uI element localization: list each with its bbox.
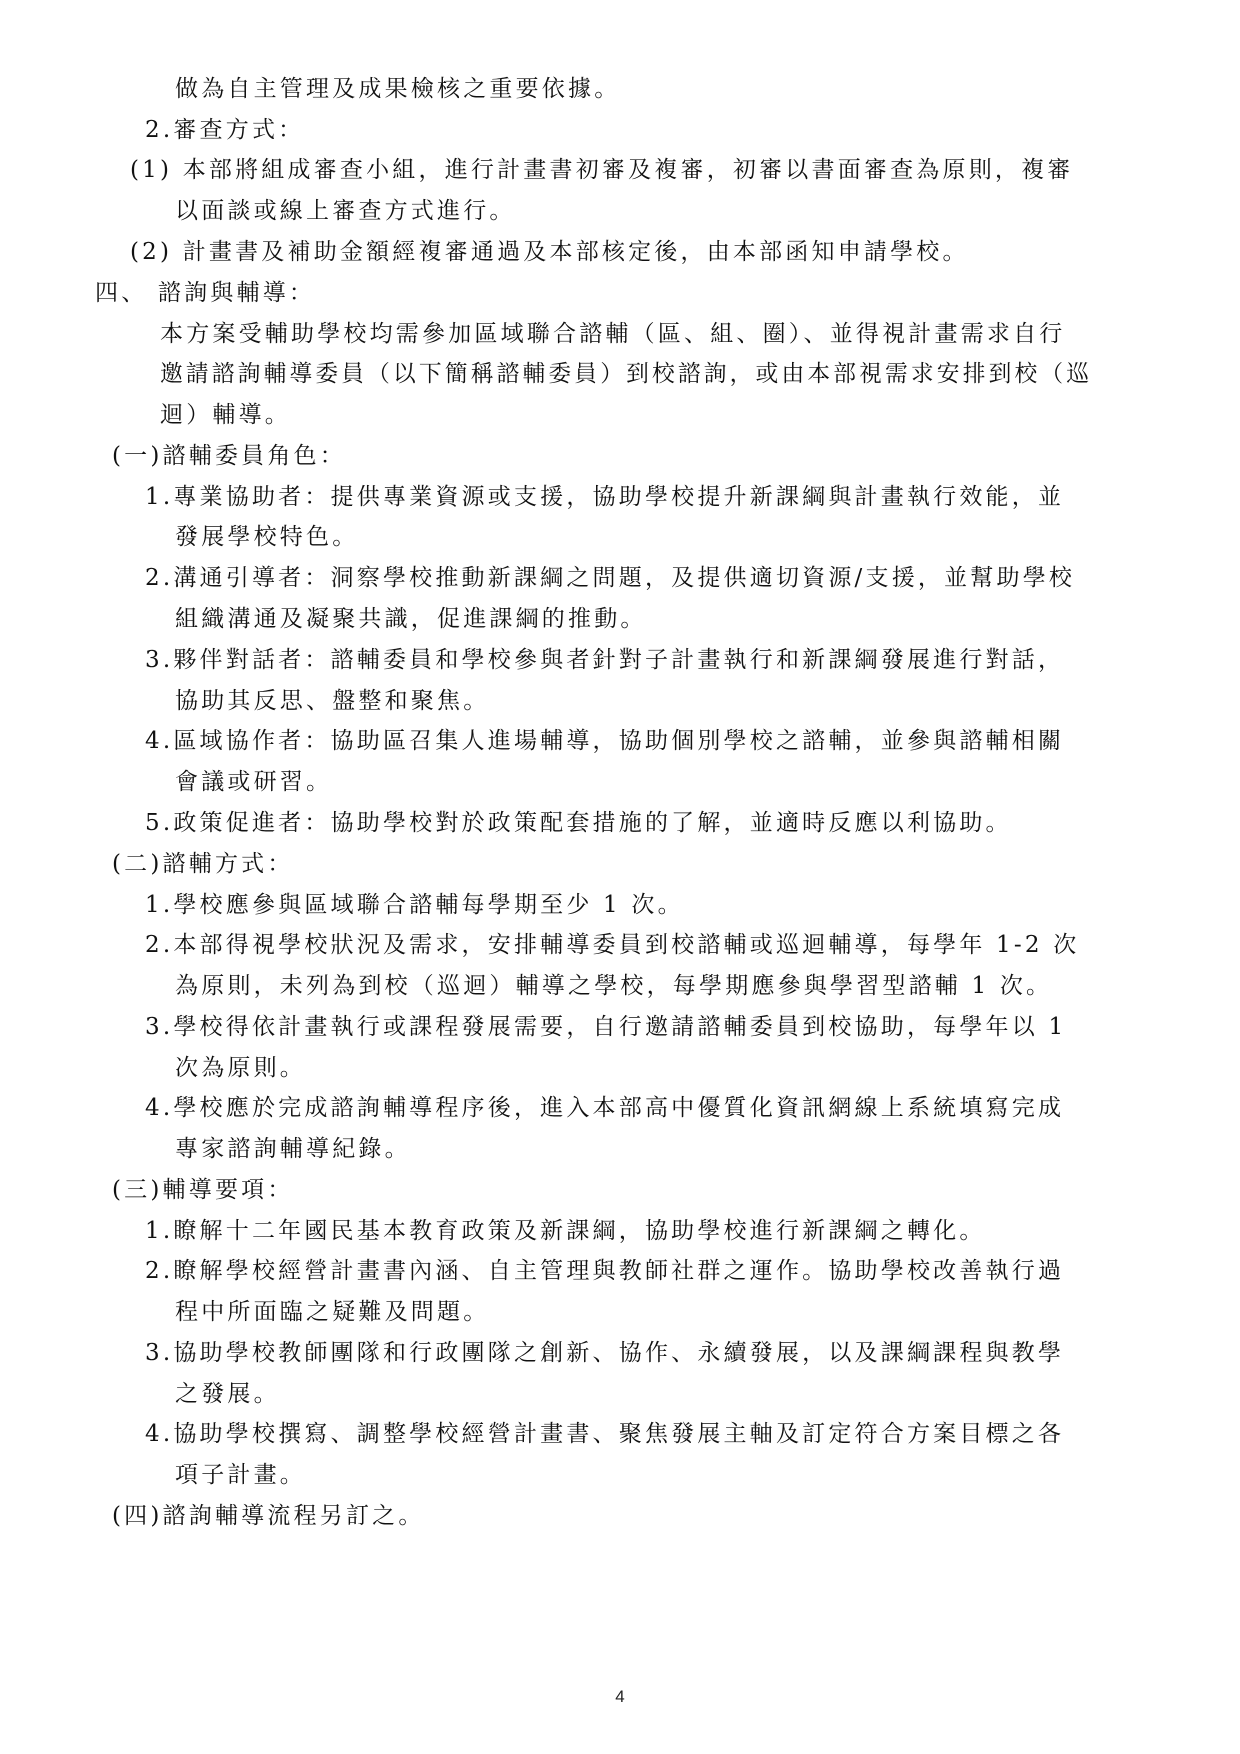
text-line: 邀請諮詢輔導委員（以下簡稱諮輔委員）到校諮詢，或由本部視需求安排到校（巡 [160, 359, 1092, 389]
text-line: 本方案受輔助學校均需參加區域聯合諮輔（區、組、圈）、並得視計畫需求自行 [160, 319, 1066, 349]
list-item: 5.政策促進者：協助學校對於政策配套措施的了解，並適時反應以利協助。 [145, 808, 1012, 838]
text-line: (2) 計畫書及補助金額經複審通過及本部核定後，由本部函知申請學校。 [130, 237, 969, 267]
list-item: 4.區域協作者：協助區召集人進場輔導，協助個別學校之諮輔，並參與諮輔相關 [145, 726, 1064, 756]
list-item: 2.溝通引導者：洞察學校推動新課綱之問題，及提供適切資源/支援，並幫助學校 [145, 563, 1075, 593]
text-line: 協助其反思、盤整和聚焦。 [175, 686, 489, 716]
text-line: 次為原則。 [175, 1053, 306, 1083]
list-item: 3.學校得依計畫執行或課程發展需要，自行邀請諮輔委員到校協助，每學年以 1 [145, 1012, 1066, 1042]
text-line: 發展學校特色。 [175, 522, 358, 552]
subsection-heading-review-method: 2.審查方式： [145, 115, 304, 145]
text-line: 項子計畫。 [175, 1460, 306, 1490]
text-line: 為原則，未列為到校（巡迴）輔導之學校，每學期應參與學習型諮輔 1 次。 [175, 971, 1052, 1001]
subsection-heading-roles: (一)諮輔委員角色： [112, 441, 346, 471]
list-item: 3.夥伴對話者：諮輔委員和學校參與者針對子計畫執行和新課綱發展進行對話， [145, 645, 1064, 675]
list-item: 2.本部得視學校狀況及需求，安排輔導委員到校諮輔或巡迴輔導，每學年 1-2 次 [145, 930, 1079, 960]
list-item: 2.瞭解學校經營計畫書內涵、自主管理與教師社群之運作。協助學校改善執行過 [145, 1256, 1064, 1286]
text-line: 之發展。 [175, 1379, 280, 1409]
text-line: 專家諮詢輔導紀錄。 [175, 1134, 411, 1164]
subsection-heading-guidance-items: (三)輔導要項： [112, 1175, 294, 1205]
list-item: 3.協助學校教師團隊和行政團隊之創新、協作、永續發展，以及課綱課程與教學 [145, 1338, 1064, 1368]
text-line: 程中所面臨之疑難及問題。 [175, 1297, 489, 1327]
text-line: 做為自主管理及成果檢核之重要依據。 [175, 74, 620, 104]
page-number: 4 [0, 1687, 1240, 1707]
list-item: 4.學校應於完成諮詢輔導程序後，進入本部高中優質化資訊網線上系統填寫完成 [145, 1093, 1064, 1123]
text-line: 迴）輔導。 [160, 400, 291, 430]
subsection-heading-methods: (二)諮輔方式： [112, 849, 294, 879]
list-item: 1.學校應參與區域聯合諮輔每學期至少 1 次。 [145, 890, 684, 920]
list-item: 4.協助學校撰寫、調整學校經營計畫書、聚焦發展主軸及訂定符合方案目標之各 [145, 1419, 1064, 1449]
text-line: 組織溝通及凝聚共識，促進課綱的推動。 [175, 604, 647, 634]
document-page: 做為自主管理及成果檢核之重要依據。 2.審查方式： (1) 本部將組成審查小組，… [0, 0, 1240, 1754]
list-item: 1.瞭解十二年國民基本教育政策及新課綱，協助學校進行新課綱之轉化。 [145, 1216, 986, 1246]
section-heading-consultation: 四、 諮詢與輔導： [95, 278, 315, 308]
list-item: 1.專業協助者：提供專業資源或支援，協助學校提升新課綱與計畫執行效能，並 [145, 482, 1064, 512]
text-line: 以面談或線上審查方式進行。 [175, 196, 516, 226]
text-line: 會議或研習。 [175, 767, 332, 797]
text-line: (1) 本部將組成審查小組，進行計畫書初審及複審，初審以書面審查為原則，複審 [130, 155, 1074, 185]
subsection-heading-process: (四)諮詢輔導流程另訂之。 [112, 1501, 425, 1531]
